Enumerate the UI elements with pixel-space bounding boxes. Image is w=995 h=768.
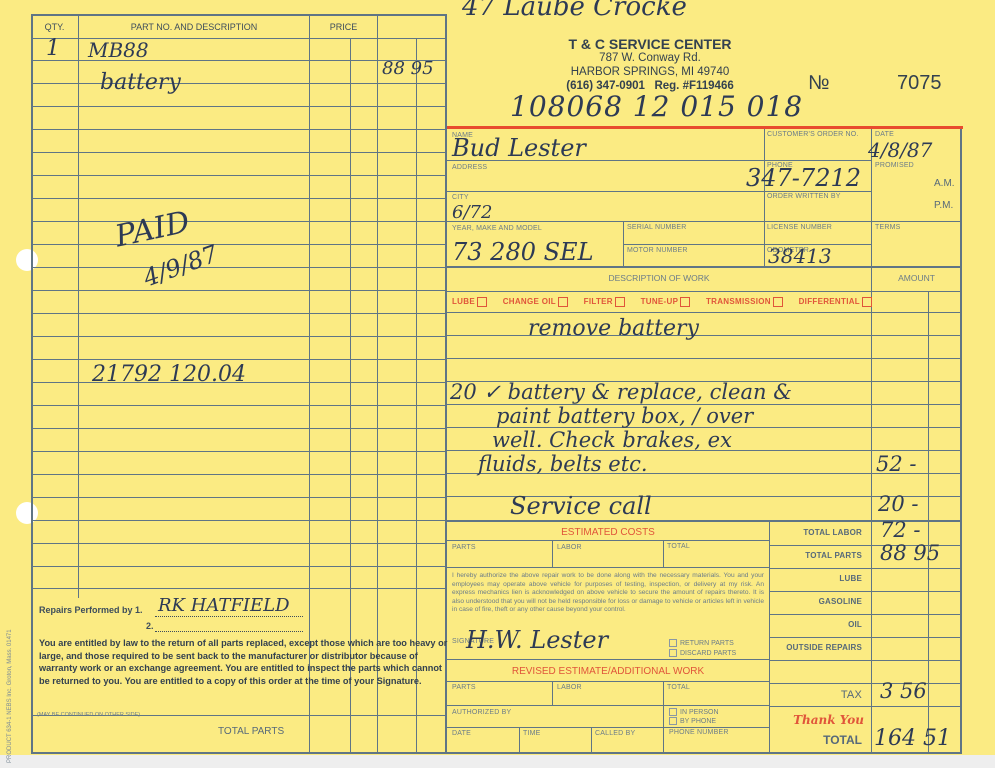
in-person-label: IN PERSON — [680, 709, 719, 716]
grid-line — [447, 659, 769, 660]
total-value: 164 51 — [874, 726, 951, 751]
called-by-label: CALLED BY — [595, 730, 635, 737]
est-labor-label: LABOR — [557, 544, 582, 551]
grid-line — [31, 244, 447, 245]
col-header-description: PART NO. AND DESCRIPTION — [79, 22, 309, 32]
grid-line — [31, 428, 447, 429]
grid-line — [552, 681, 553, 705]
by-phone-option[interactable]: BY PHONE — [669, 717, 716, 725]
ledger-note: 21792 120.04 — [92, 362, 246, 387]
invoice-number: 7075 — [897, 72, 942, 95]
grid-line — [447, 705, 769, 706]
written-by-label: ORDER WRITTEN BY — [767, 193, 841, 200]
return-parts-checkbox[interactable] — [669, 639, 677, 647]
license-label: LICENSE NUMBER — [767, 224, 832, 231]
amount-header: AMOUNT — [871, 273, 962, 283]
grid-line — [31, 451, 447, 452]
city-label: CITY — [452, 194, 469, 201]
discard-parts-option[interactable]: DISCARD PARTS — [669, 649, 736, 657]
in-person-checkbox[interactable] — [669, 708, 677, 716]
grid-line — [31, 290, 447, 291]
repairs-performed-by-1: RK HATFIELD — [158, 595, 290, 616]
continued-note: (MAY BE CONTINUED ON OTHER SIDE) — [37, 712, 140, 718]
work-line-1: remove battery — [528, 316, 699, 341]
est-total-label: TOTAL — [667, 543, 690, 550]
total-parts-label: TOTAL PARTS — [218, 726, 284, 737]
grid-line — [871, 522, 872, 754]
rev-parts-label: PARTS — [452, 684, 476, 691]
customer-phone: 347-7212 — [746, 164, 861, 192]
checkbox-lube[interactable]: LUBE — [452, 297, 487, 307]
grid-line — [31, 198, 447, 199]
customer-city: 6/72 — [452, 202, 492, 223]
grid-line — [591, 727, 592, 754]
checkbox-box[interactable] — [477, 297, 487, 307]
vehicle-ymm: 73 280 SEL — [452, 238, 594, 266]
checkbox-box[interactable] — [862, 297, 872, 307]
work-line-3: paint battery box, / over — [496, 404, 753, 428]
grid-line — [447, 681, 769, 682]
estimated-costs-title: ESTIMATED COSTS — [447, 527, 769, 538]
totals-value: 3 56 — [880, 679, 927, 703]
grid-line — [447, 291, 962, 292]
in-person-option[interactable]: IN PERSON — [669, 708, 719, 716]
business-city: HARBOR SPRINGS, MI 49740 — [540, 66, 760, 78]
grid-line — [31, 543, 447, 544]
part-qty: 1 — [46, 36, 60, 61]
promised-label: PROMISED — [875, 162, 914, 169]
grid-line — [447, 752, 962, 754]
totals-label: OIL — [772, 620, 862, 629]
rev-labor-label: LABOR — [557, 684, 582, 691]
grid-line — [31, 313, 447, 314]
grid-line — [31, 405, 447, 406]
checkbox-box[interactable] — [558, 297, 568, 307]
grid-line — [78, 14, 79, 598]
by-phone-checkbox[interactable] — [669, 717, 677, 725]
order-date: 4/8/87 — [868, 138, 932, 162]
checkbox-change-oil[interactable]: CHANGE OIL — [503, 297, 568, 307]
checkbox-differential[interactable]: DIFFERENTIAL — [799, 297, 872, 307]
grid-line — [519, 727, 520, 754]
terms-label: TERMS — [875, 224, 901, 231]
call-date-label: DATE — [452, 730, 471, 737]
work-line-6: Service call — [510, 492, 652, 520]
grid-line — [769, 683, 962, 684]
authorization-text: I hereby authorize the above repair work… — [452, 572, 764, 615]
customer-name: Bud Lester — [452, 134, 586, 162]
grid-line — [31, 359, 447, 360]
account-handwriting: 108068 12 015 018 — [510, 90, 803, 123]
date-label: DATE — [875, 131, 894, 138]
checkbox-label: FILTER — [584, 297, 613, 306]
checkbox-label: TRANSMISSION — [706, 297, 771, 306]
grid-line — [31, 497, 447, 498]
order-no-label: CUSTOMER'S ORDER NO. — [767, 131, 859, 138]
grid-line — [447, 312, 962, 313]
part-description: battery — [100, 70, 181, 95]
grid-line — [447, 358, 962, 359]
customer-signature: H.W. Lester — [466, 626, 608, 654]
totals-value: 88 95 — [880, 541, 940, 565]
grid-line — [552, 540, 553, 567]
grid-line — [769, 568, 962, 569]
by-phone-label: BY PHONE — [680, 718, 716, 725]
grid-line — [31, 474, 447, 475]
am-label: A.M. — [934, 178, 955, 189]
grid-line — [31, 267, 447, 268]
grid-line — [31, 566, 447, 567]
work-amount-5: 52 - — [876, 452, 917, 476]
repairs-line-1 — [155, 616, 303, 617]
checkbox-box[interactable] — [773, 297, 783, 307]
grid-line — [31, 520, 447, 521]
totals-value: 72 - — [880, 518, 921, 542]
rev-total-label: TOTAL — [667, 684, 690, 691]
est-parts-label: PARTS — [452, 544, 476, 551]
totals-label: TOTAL PARTS — [772, 551, 862, 560]
grid-line — [663, 540, 664, 567]
business-address: 787 W. Conway Rd. — [560, 52, 740, 64]
grid-line — [31, 336, 447, 337]
address-label: ADDRESS — [452, 164, 487, 171]
grid-line — [447, 221, 962, 222]
grid-line — [769, 591, 962, 592]
checkbox-box[interactable] — [615, 297, 625, 307]
checkbox-label: DIFFERENTIAL — [799, 297, 860, 306]
thank-you: Thank You — [784, 713, 864, 727]
total-label: TOTAL — [780, 733, 862, 747]
totals-label: TAX — [772, 689, 862, 701]
motor-label: MOTOR NUMBER — [627, 247, 688, 254]
grid-line — [764, 129, 765, 266]
discard-parts-label: DISCARD PARTS — [680, 650, 736, 657]
grid-line — [31, 152, 447, 153]
return-parts-option[interactable]: RETURN PARTS — [669, 639, 734, 647]
totals-label: TOTAL LABOR — [772, 528, 862, 537]
repairs-line-2 — [155, 631, 303, 632]
col-header-qty: QTY. — [31, 22, 78, 32]
pm-label: P.M. — [934, 200, 953, 211]
grid-line — [769, 706, 962, 707]
grid-line — [31, 83, 447, 84]
number-label: № — [808, 72, 829, 95]
margin-print: PRODUCT 634-1 NEBS Inc. Groton, Mass. 01… — [7, 623, 13, 763]
work-desc-header: DESCRIPTION OF WORK — [447, 273, 871, 283]
grid-line — [769, 522, 770, 754]
authorized-by-label: AUTHORIZED BY — [452, 709, 511, 716]
grid-line — [769, 614, 962, 615]
work-line-5: fluids, belts etc. — [478, 452, 648, 476]
checkbox-label: LUBE — [452, 297, 475, 306]
grid-line — [623, 244, 764, 245]
grid-line — [447, 335, 962, 336]
grid-line — [31, 221, 447, 222]
totals-label: LUBE — [772, 574, 862, 583]
checkbox-transmission[interactable]: TRANSMISSION — [706, 297, 783, 307]
part-number: MB88 — [88, 38, 149, 62]
work-line-2: 20 ✓ battery & replace, clean & — [450, 380, 792, 404]
grid-line — [31, 588, 447, 589]
repairs-performed-2-label: 2. — [146, 621, 154, 631]
grid-line — [447, 567, 769, 568]
grid-line — [447, 540, 769, 541]
page-edge — [0, 755, 995, 768]
part-price: 88 95 — [382, 58, 434, 79]
ymm-label: YEAR, MAKE AND MODEL — [452, 225, 542, 232]
totals-label: OUTSIDE REPAIRS — [772, 643, 862, 652]
service-checkboxes: LUBECHANGE OILFILTERTUNE-UPTRANSMISSIOND… — [452, 297, 872, 307]
checkbox-label: CHANGE OIL — [503, 297, 556, 306]
grid-line — [31, 129, 447, 130]
work-amount-6: 20 - — [878, 492, 919, 516]
revised-estimate-title: REVISED ESTIMATE/ADDITIONAL WORK — [447, 666, 769, 677]
grid-line — [447, 727, 769, 728]
checkbox-label: TUNE-UP — [641, 297, 679, 306]
odometer-value: 38413 — [768, 244, 832, 268]
grid-line — [31, 106, 447, 107]
work-line-4: well. Check brakes, ex — [492, 428, 732, 452]
grid-line — [769, 660, 962, 661]
totals-label: GASOLINE — [772, 597, 862, 606]
call-time-label: TIME — [523, 730, 541, 737]
checkbox-filter[interactable]: FILTER — [584, 297, 625, 307]
grid-line — [663, 681, 664, 754]
discard-parts-checkbox[interactable] — [669, 649, 677, 657]
return-parts-label: RETURN PARTS — [680, 640, 734, 647]
top-handwriting: 47 Laube Crocke — [462, 0, 687, 22]
red-rule — [447, 126, 963, 129]
grid-line — [447, 266, 962, 268]
grid-line — [31, 175, 447, 176]
col-header-price: PRICE — [310, 22, 377, 32]
serial-label: SERIAL NUMBER — [627, 224, 687, 231]
grid-line — [928, 291, 929, 520]
phone-number-label: PHONE NUMBER — [669, 729, 729, 736]
business-name: T & C SERVICE CENTER — [560, 36, 740, 52]
repairs-performed-label: Repairs Performed by 1. — [39, 605, 143, 615]
parts-return-notice: You are entitled by law to the return of… — [39, 637, 449, 687]
checkbox-box[interactable] — [680, 297, 690, 307]
grid-line — [769, 637, 962, 638]
checkbox-tune-up[interactable]: TUNE-UP — [641, 297, 691, 307]
